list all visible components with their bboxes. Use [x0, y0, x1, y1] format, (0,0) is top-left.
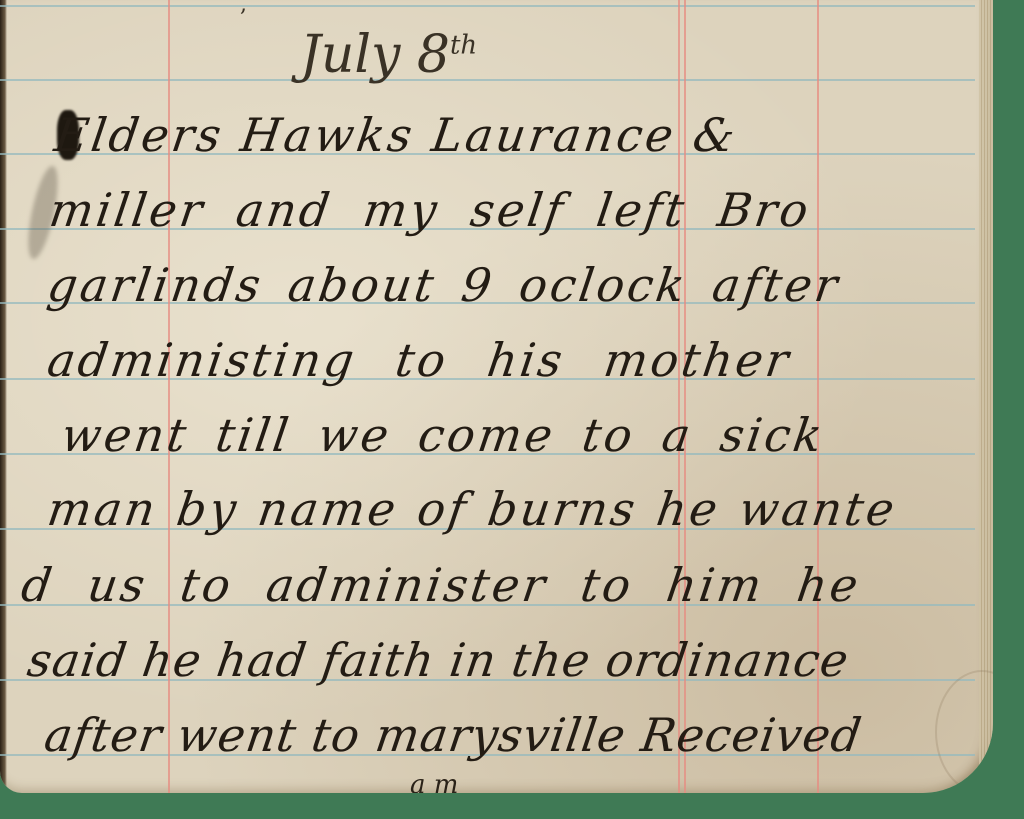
handwritten-line: man by name of burns he wante [44, 482, 900, 536]
top-ink-mark: , [240, 0, 247, 17]
water-stain [935, 670, 993, 793]
ruled-line [0, 79, 975, 81]
bottom-note: a m [410, 770, 458, 793]
binding-edge [0, 0, 7, 793]
handwritten-line: said he had faith in the ordinance [24, 633, 852, 687]
handwritten-line: administing to his mother [44, 333, 795, 387]
handwritten-line: Elders Hawks Laurance & [51, 108, 741, 162]
date-suffix: th [450, 31, 477, 61]
handwritten-line: went till we come to a sick [58, 408, 828, 462]
handwritten-line: after went to marysville Received [41, 708, 865, 762]
entry-date: July 8th [300, 25, 477, 85]
handwritten-line: d us to administer to him he [18, 558, 864, 612]
handwritten-line: garlinds about 9 oclock after [44, 258, 844, 312]
ruled-line [0, 5, 975, 7]
diary-page: , July 8th Elders Hawks Laurance & mille… [0, 0, 993, 793]
handwritten-line: miller and my self left Bro [46, 183, 814, 237]
date-text: July 8 [300, 25, 450, 85]
